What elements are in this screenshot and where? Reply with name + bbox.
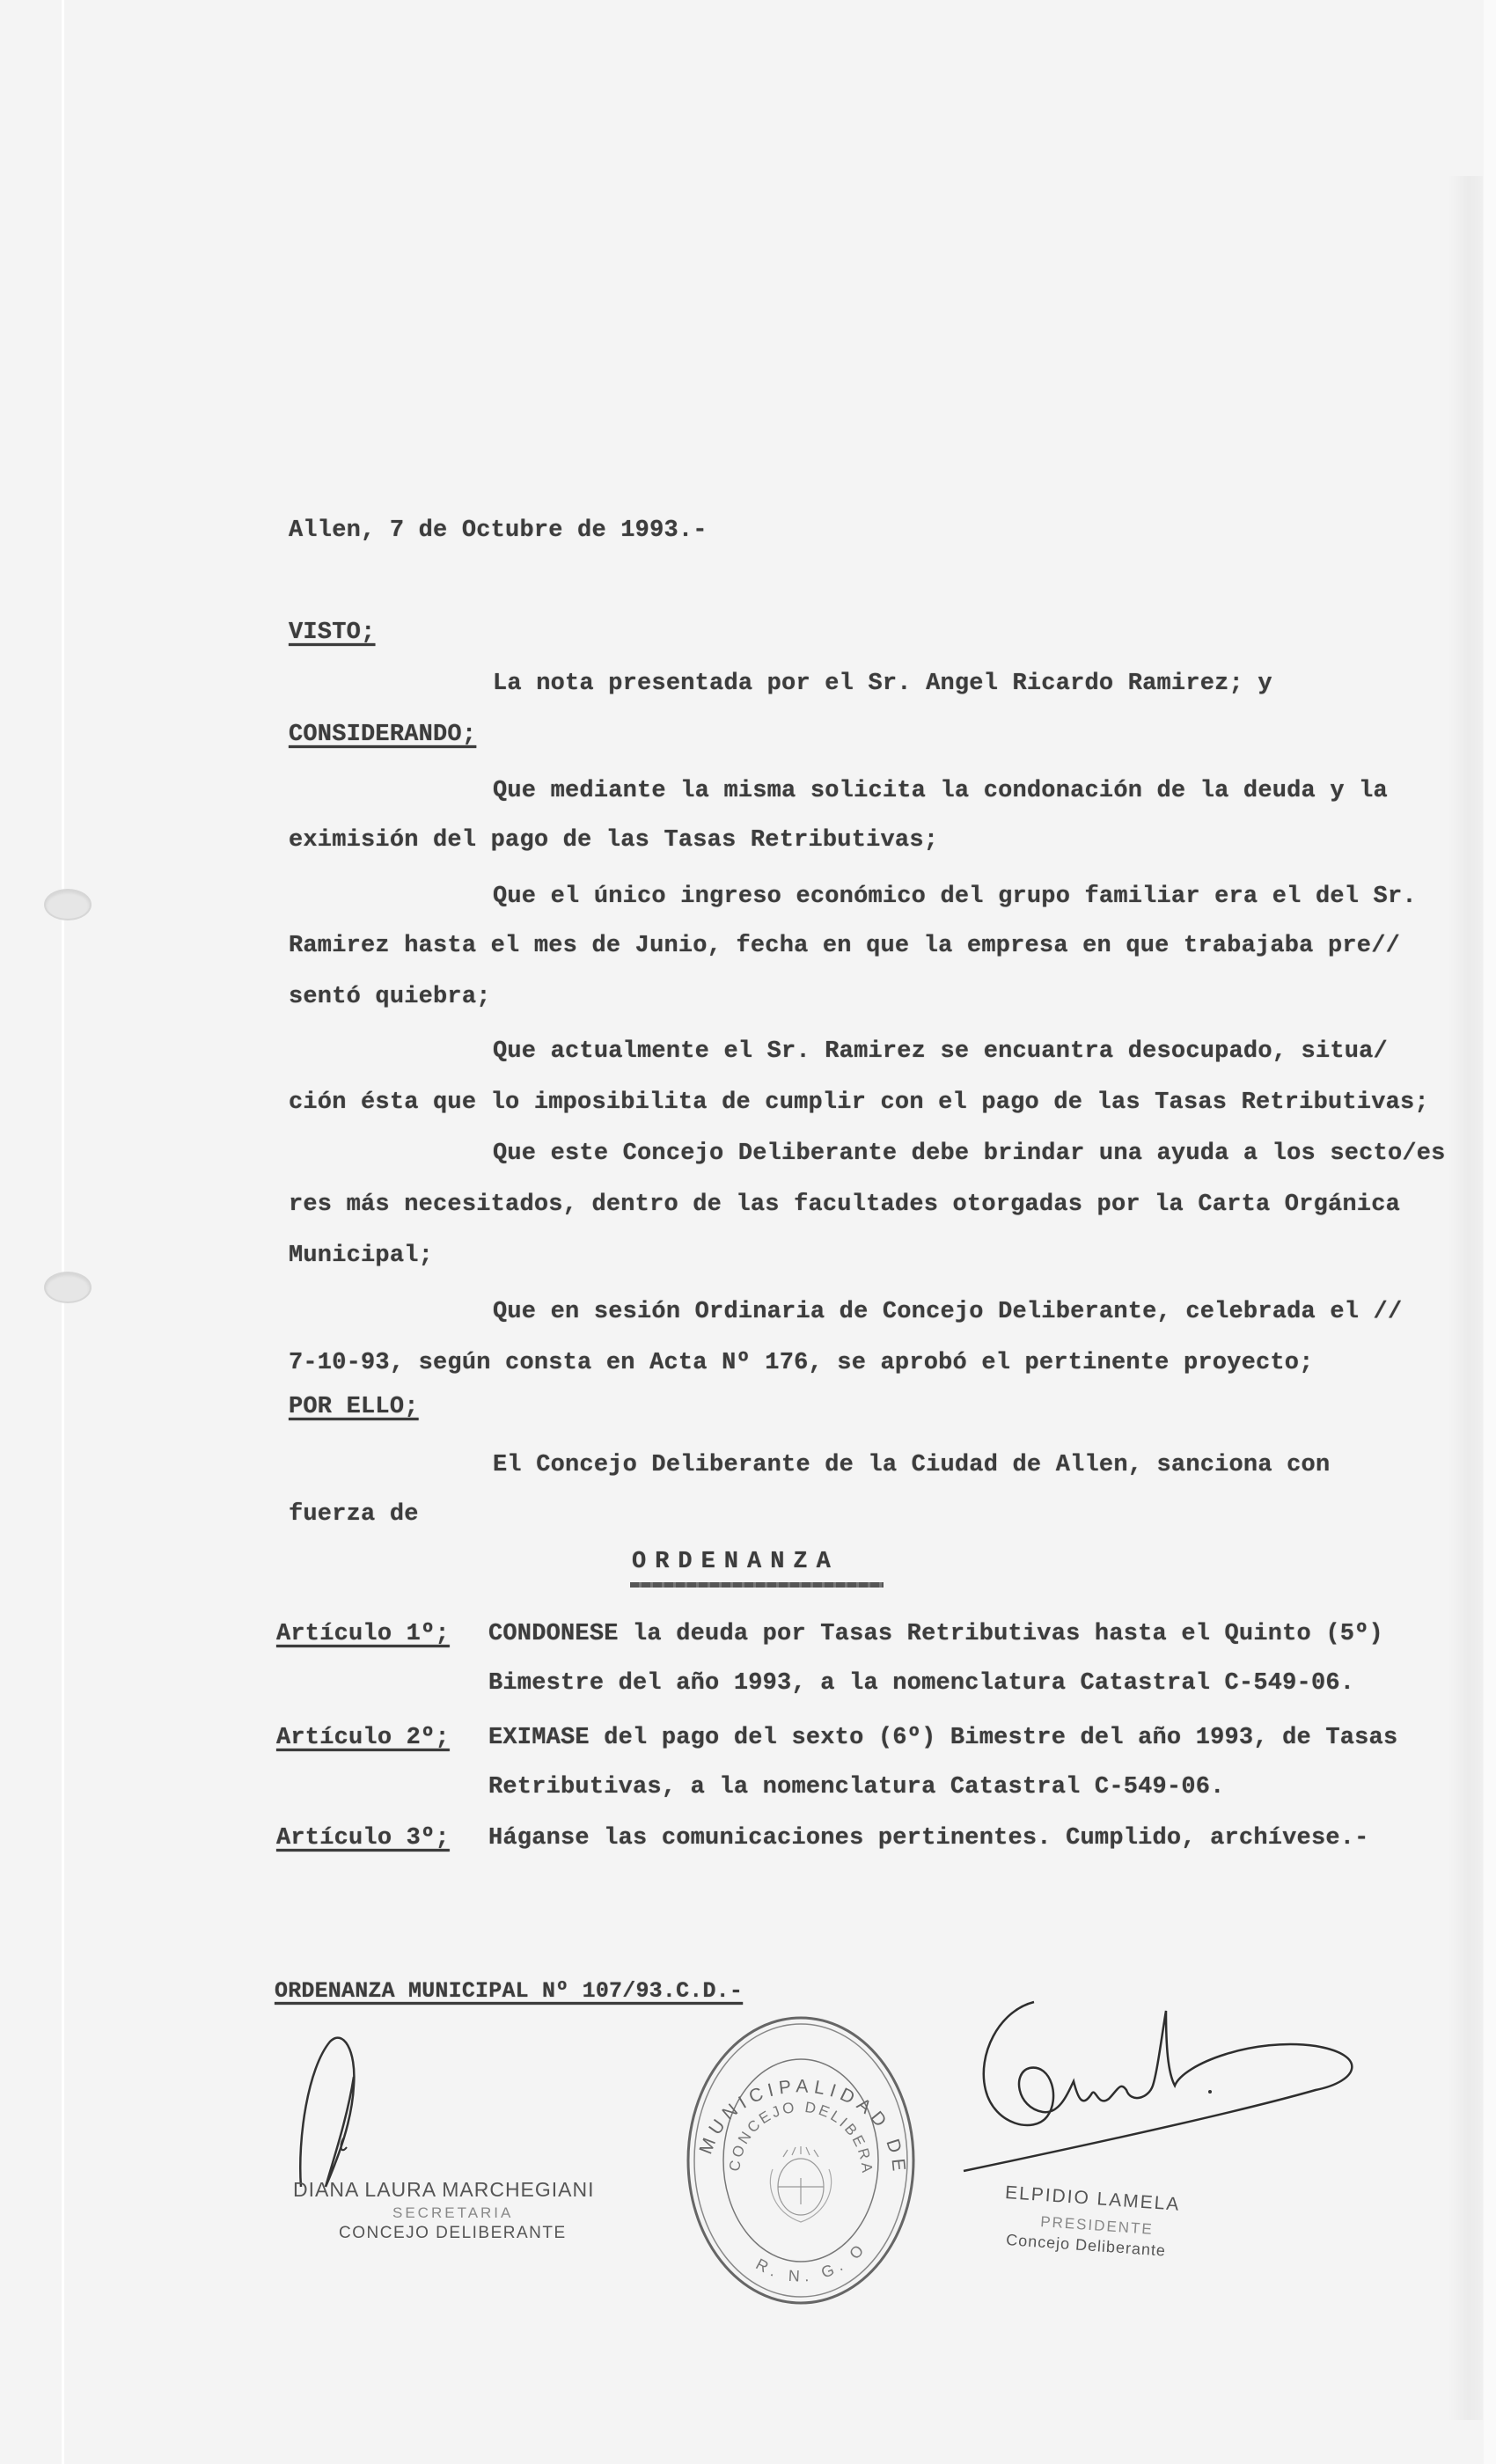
considerando-line: eximisión del pago de las Tasas Retribut… bbox=[289, 827, 938, 854]
secretary-signature-icon bbox=[290, 2033, 396, 2191]
secretary-role: SECRETARIA bbox=[392, 2204, 513, 2222]
page-edge bbox=[1484, 0, 1496, 2464]
article-3-line: Háganse las comunicaciones pertinentes. … bbox=[488, 1825, 1369, 1852]
ordenanza-title: ORDENANZA bbox=[632, 1549, 840, 1575]
secretary-name: DIANA LAURA MARCHEGIANI bbox=[293, 2178, 595, 2202]
considerando-line: Que este Concejo Deliberante debe brinda… bbox=[493, 1140, 1446, 1167]
considerando-line: ción ésta que lo imposibilita de cumplir… bbox=[289, 1089, 1429, 1116]
por-ello-line: El Concejo Deliberante de la Ciudad de A… bbox=[493, 1452, 1330, 1478]
considerando-line: Que mediante la misma solicita la condon… bbox=[493, 778, 1388, 804]
considerando-line: sentó quiebra; bbox=[289, 984, 491, 1010]
considerando-line: res más necesitados, dentro de las facul… bbox=[289, 1192, 1400, 1218]
por-ello-heading: POR ELLO; bbox=[289, 1394, 419, 1420]
seal-icon: MUNICIPALIDAD DE ALLEN CONCEJO DELIBERAN… bbox=[682, 2011, 920, 2310]
considerando-heading: CONSIDERANDO; bbox=[289, 722, 476, 748]
president-signature-icon bbox=[964, 1984, 1360, 2178]
considerando-line: Ramirez hasta el mes de Junio, fecha en … bbox=[289, 933, 1400, 959]
visto-heading: VISTO; bbox=[289, 620, 375, 646]
official-seal: MUNICIPALIDAD DE ALLEN CONCEJO DELIBERAN… bbox=[682, 2011, 920, 2310]
article-1-label: Artículo 1º; bbox=[276, 1621, 450, 1647]
considerando-line: Que el único ingreso económico del grupo… bbox=[493, 884, 1417, 910]
secretary-body: CONCEJO DELIBERANTE bbox=[339, 2224, 567, 2243]
punch-hole-bottom bbox=[44, 1272, 92, 1303]
scan-shadow bbox=[1448, 176, 1483, 2420]
article-1-line: Bimestre del año 1993, a la nomenclatura… bbox=[488, 1670, 1354, 1697]
date-line: Allen, 7 de Octubre de 1993.- bbox=[289, 517, 708, 544]
ordinance-number: ORDENANZA MUNICIPAL Nº 107/93.C.D.- bbox=[275, 1978, 743, 2004]
article-2-line: EXIMASE del pago del sexto (6º) Bimestre… bbox=[488, 1725, 1397, 1751]
considerando-line: Municipal; bbox=[289, 1243, 433, 1269]
por-ello-line: fuerza de bbox=[289, 1501, 419, 1528]
considerando-line: 7-10-93, según consta en Acta Nº 176, se… bbox=[289, 1350, 1314, 1376]
visto-text: La nota presentada por el Sr. Angel Rica… bbox=[493, 671, 1272, 697]
punch-hole-top bbox=[44, 889, 92, 920]
considerando-line: Que actualmente el Sr. Ramirez se encuan… bbox=[493, 1038, 1388, 1065]
article-1-line: CONDONESE la deuda por Tasas Retributiva… bbox=[488, 1621, 1383, 1647]
considerando-line: Que en sesión Ordinaria de Concejo Delib… bbox=[493, 1299, 1402, 1325]
ordenanza-title-underline bbox=[630, 1582, 884, 1588]
article-2-line: Retributivas, a la nomenclatura Catastra… bbox=[488, 1774, 1225, 1800]
president-name: ELPIDIO LAMELA bbox=[1004, 2182, 1181, 2216]
article-3-label: Artículo 3º; bbox=[276, 1825, 450, 1852]
scan-fold-line bbox=[62, 0, 64, 2464]
svg-text:MUNICIPALIDAD DE ALLEN: MUNICIPALIDAD DE ALLEN bbox=[672, 1995, 909, 2177]
article-2-label: Artículo 2º; bbox=[276, 1725, 450, 1751]
